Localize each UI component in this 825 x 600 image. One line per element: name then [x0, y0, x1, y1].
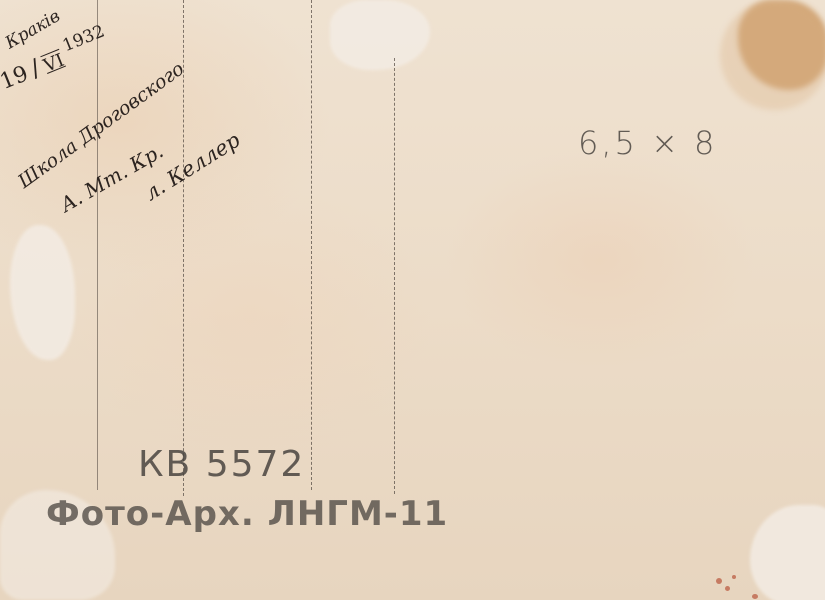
foxing-dot	[732, 575, 736, 579]
ink-date-month: VI	[41, 50, 68, 77]
pencil-archive-label: Фото-Арх. ЛНГМ-11	[46, 494, 448, 534]
pencil-catalog-number: КВ 5572	[138, 444, 305, 485]
vertical-line-4	[394, 58, 395, 494]
photo-card-back: Краків 19 / VI 1932 Школа Дроговского А.…	[0, 0, 825, 600]
vertical-line-3	[311, 0, 312, 490]
foxing-dot	[752, 594, 758, 599]
foxing-dot	[725, 586, 730, 591]
pencil-format: 6,5 × 8	[578, 124, 717, 162]
stain-top-right-halo	[720, 0, 825, 110]
worn-patch-left	[10, 225, 75, 360]
foxing-dot	[716, 578, 722, 584]
ink-date-day: 19	[0, 61, 32, 95]
ink-date-year: 1932	[60, 21, 108, 56]
worn-patch-bottom-right	[750, 505, 825, 600]
worn-patch-top	[330, 0, 430, 70]
vertical-line-1	[97, 0, 98, 490]
